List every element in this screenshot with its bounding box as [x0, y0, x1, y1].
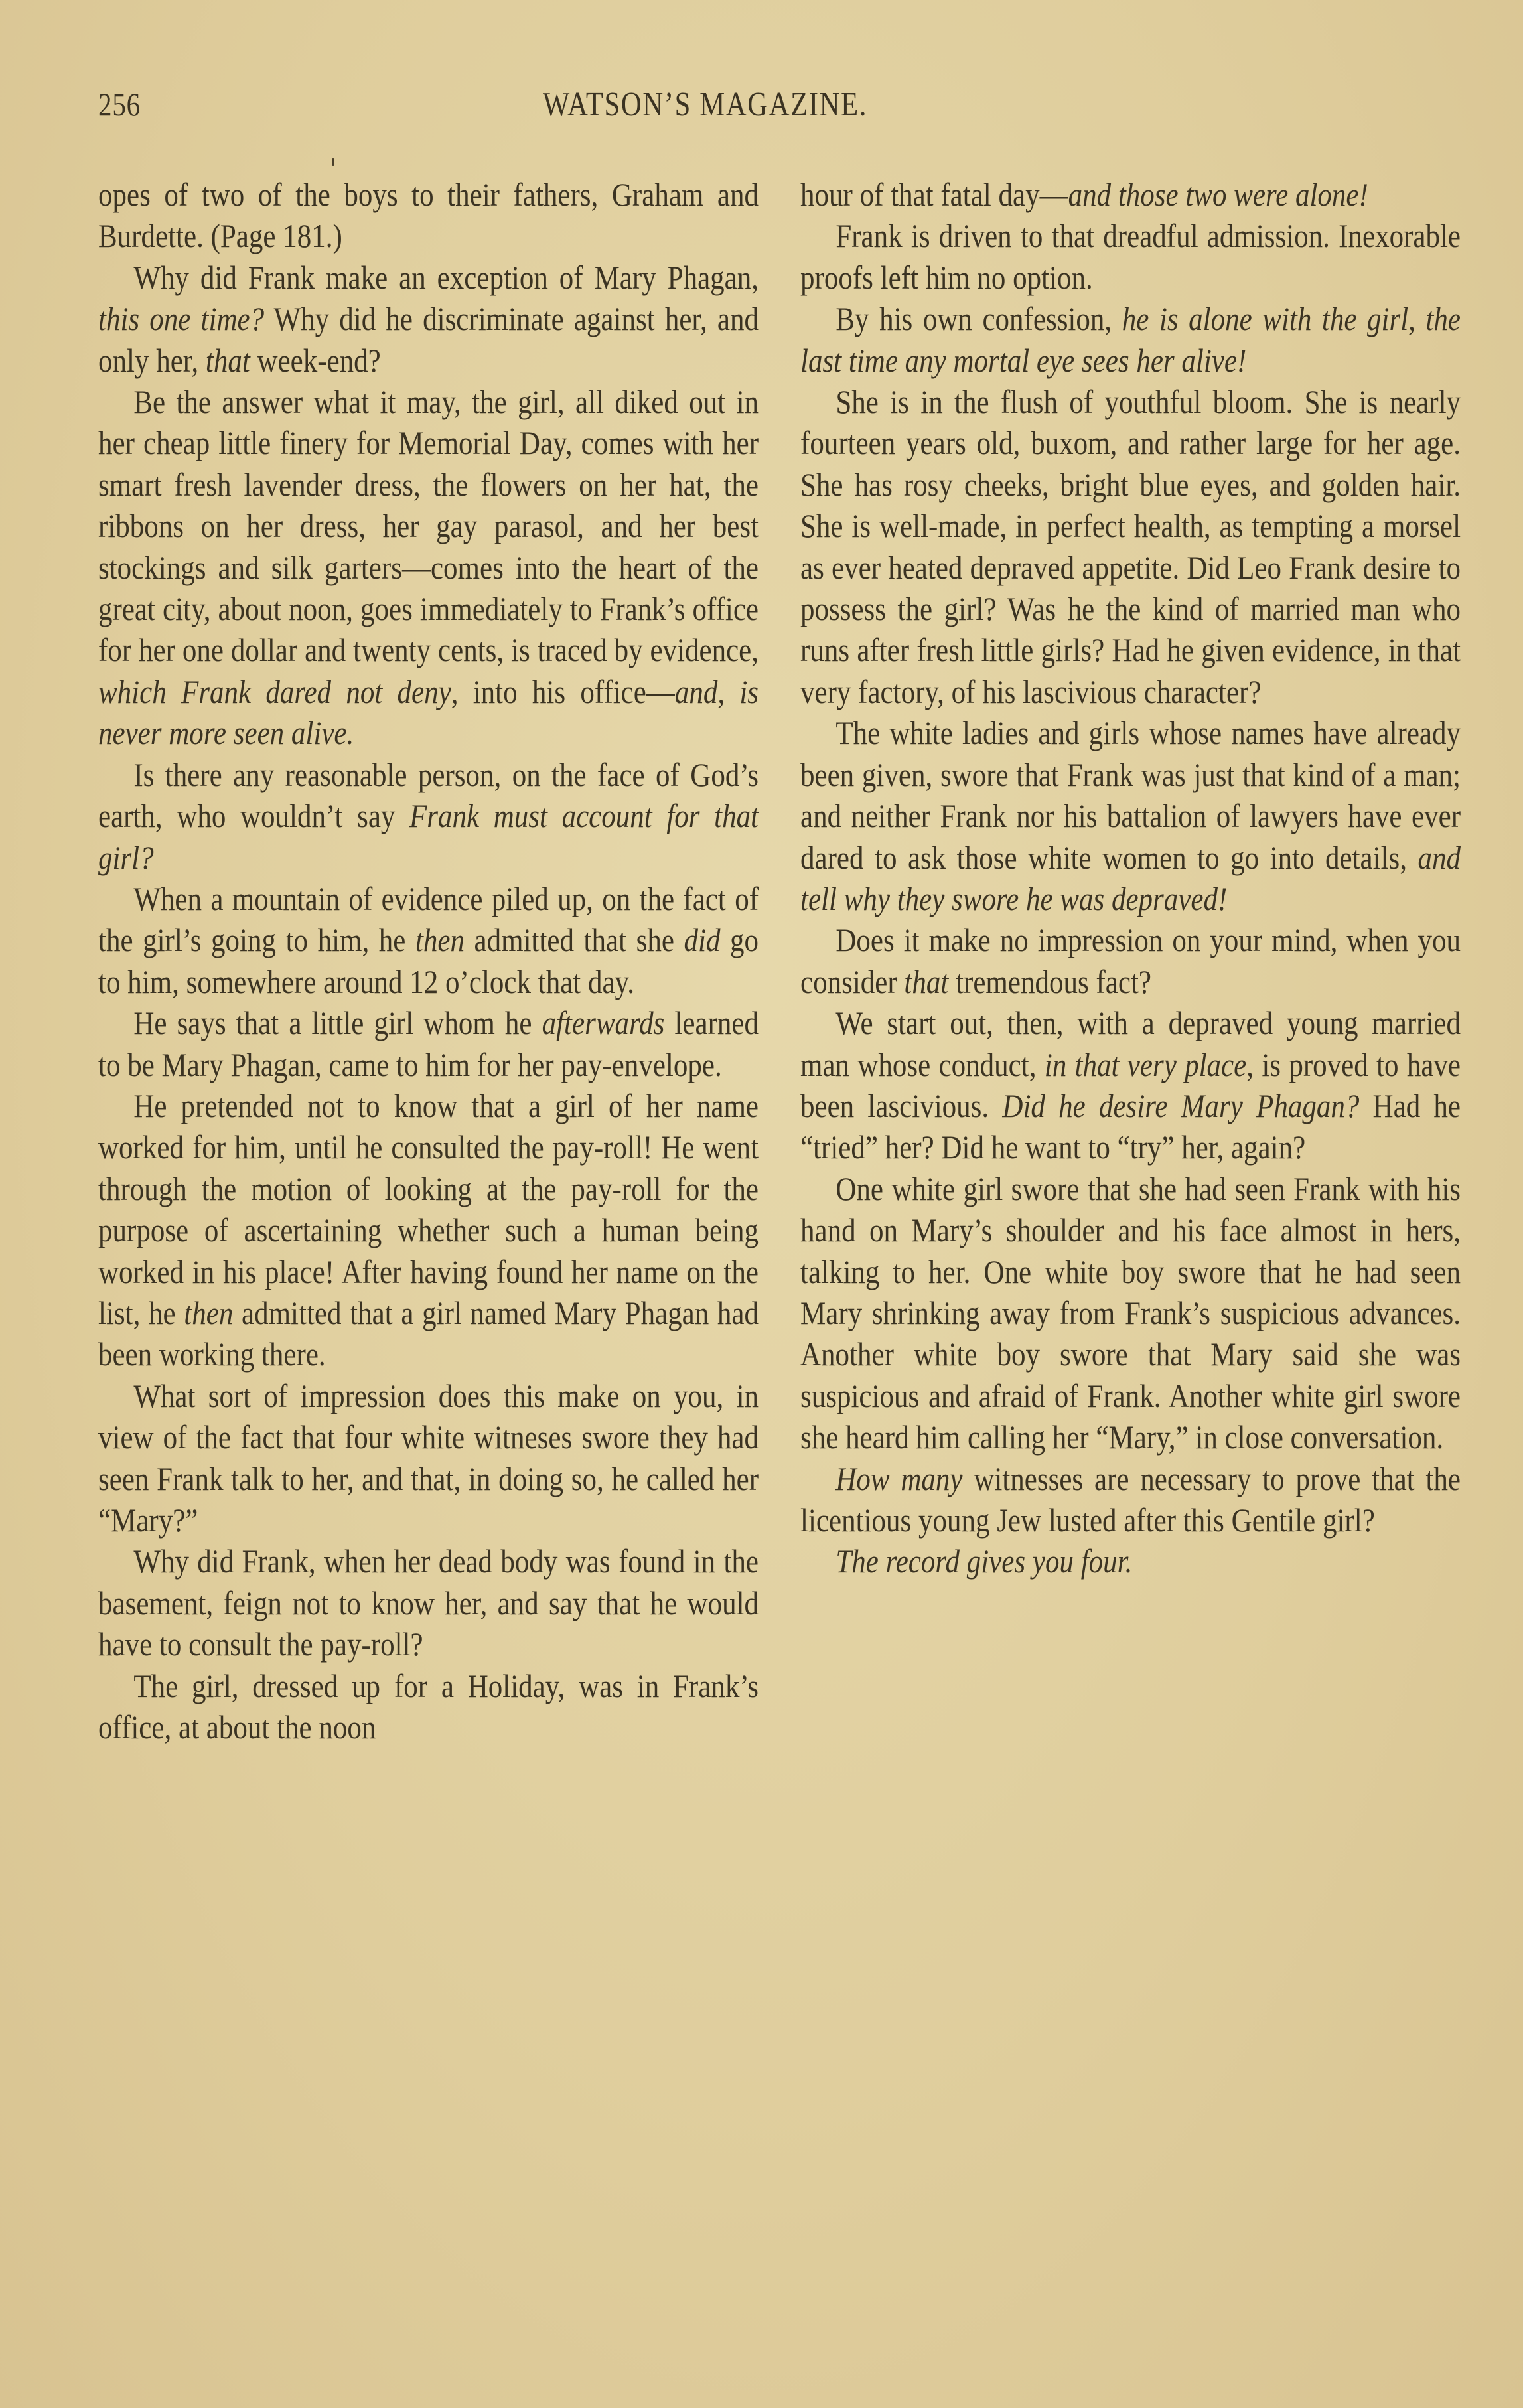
italic-text: and those two were alone!: [1068, 176, 1368, 213]
print-speck: [332, 158, 334, 166]
text-run: The girl, dressed up for a Holiday, was …: [98, 1667, 759, 1746]
italic-text: did: [684, 921, 720, 958]
right-column: hour of that fatal day—and those two wer…: [800, 174, 1461, 1582]
paragraph: One white girl swore that she had seen F…: [800, 1168, 1461, 1458]
paragraph: He pretended not to know that a girl of …: [98, 1085, 759, 1375]
paragraph: By his own confession, he is alone with …: [800, 298, 1461, 381]
page-number: 256: [98, 85, 141, 123]
text-run: He says that a little girl whom he: [133, 1004, 542, 1041]
paragraph: She is in the flush of youthful bloom. S…: [800, 381, 1461, 712]
italic-text: afterwards: [542, 1004, 665, 1041]
italic-text: then: [184, 1294, 233, 1331]
magazine-title: WATSON’S MAGAZINE.: [543, 85, 867, 124]
paragraph: What sort of impression does this make o…: [98, 1375, 759, 1541]
text-run: , into his office—: [451, 673, 675, 710]
text-run: Be the answer what it may, the girl, all…: [98, 383, 759, 668]
text-run: Why did Frank, when her dead body was fo…: [98, 1543, 759, 1663]
left-column: opes of two of the boys to their fathers…: [98, 174, 759, 1748]
magazine-page: 256 WATSON’S MAGAZINE. opes of two of th…: [0, 0, 1523, 2408]
paragraph: Frank is driven to that dreadful admissi…: [800, 215, 1461, 298]
paragraph: The white ladies and girls whose names h…: [800, 712, 1461, 919]
italic-text: that: [904, 963, 948, 1000]
text-run: admitted that she: [465, 921, 684, 958]
paragraph: How many witnesses are necessary to prov…: [800, 1458, 1461, 1541]
paragraph: We start out, then, with a depraved youn…: [800, 1002, 1461, 1168]
italic-text: this one time?: [98, 300, 264, 337]
italic-text: The record gives you four.: [835, 1543, 1132, 1580]
paragraph: The record gives you four.: [800, 1541, 1461, 1582]
italic-text: Did he desire Mary Phagan?: [1002, 1087, 1359, 1124]
paragraph: The girl, dressed up for a Holiday, was …: [98, 1665, 759, 1748]
paragraph: Be the answer what it may, the girl, all…: [98, 381, 759, 754]
paragraph: He says that a little girl whom he after…: [98, 1002, 759, 1085]
paragraph: Does it make no impression on your mind,…: [800, 919, 1461, 1002]
text-run: Why did Frank make an exception of Mary …: [133, 259, 759, 296]
text-run: week-end?: [250, 342, 381, 379]
text-run: One white girl swore that she had seen F…: [800, 1170, 1461, 1456]
italic-text: in that very place: [1045, 1046, 1246, 1083]
paragraph: Is there any reasonable person, on the f…: [98, 754, 759, 878]
text-run: Frank is driven to that dreadful admissi…: [800, 217, 1461, 295]
text-run: What sort of impression does this make o…: [98, 1377, 759, 1539]
italic-text: then: [415, 921, 465, 958]
paragraph: Why did Frank, when her dead body was fo…: [98, 1541, 759, 1665]
italic-text: How many: [835, 1460, 962, 1497]
paragraph: Why did Frank make an exception of Mary …: [98, 257, 759, 381]
paragraph: When a mountain of evidence piled up, on…: [98, 878, 759, 1002]
text-run: hour of that fatal day—: [800, 176, 1068, 213]
paragraph: hour of that fatal day—and those two wer…: [800, 174, 1461, 215]
italic-text: which Frank dared not deny: [98, 673, 451, 710]
text-run: She is in the flush of youthful bloom. S…: [800, 383, 1461, 710]
text-run: opes of two of the boys to their fathers…: [98, 176, 759, 254]
text-run: By his own confession,: [835, 300, 1122, 337]
text-run: tremendous fact?: [948, 963, 1151, 1000]
text-run: The white ladies and girls whose names h…: [800, 714, 1461, 875]
running-head: 256 WATSON’S MAGAZINE.: [98, 85, 1459, 131]
paragraph: opes of two of the boys to their fathers…: [98, 174, 759, 257]
italic-text: that: [206, 342, 250, 379]
